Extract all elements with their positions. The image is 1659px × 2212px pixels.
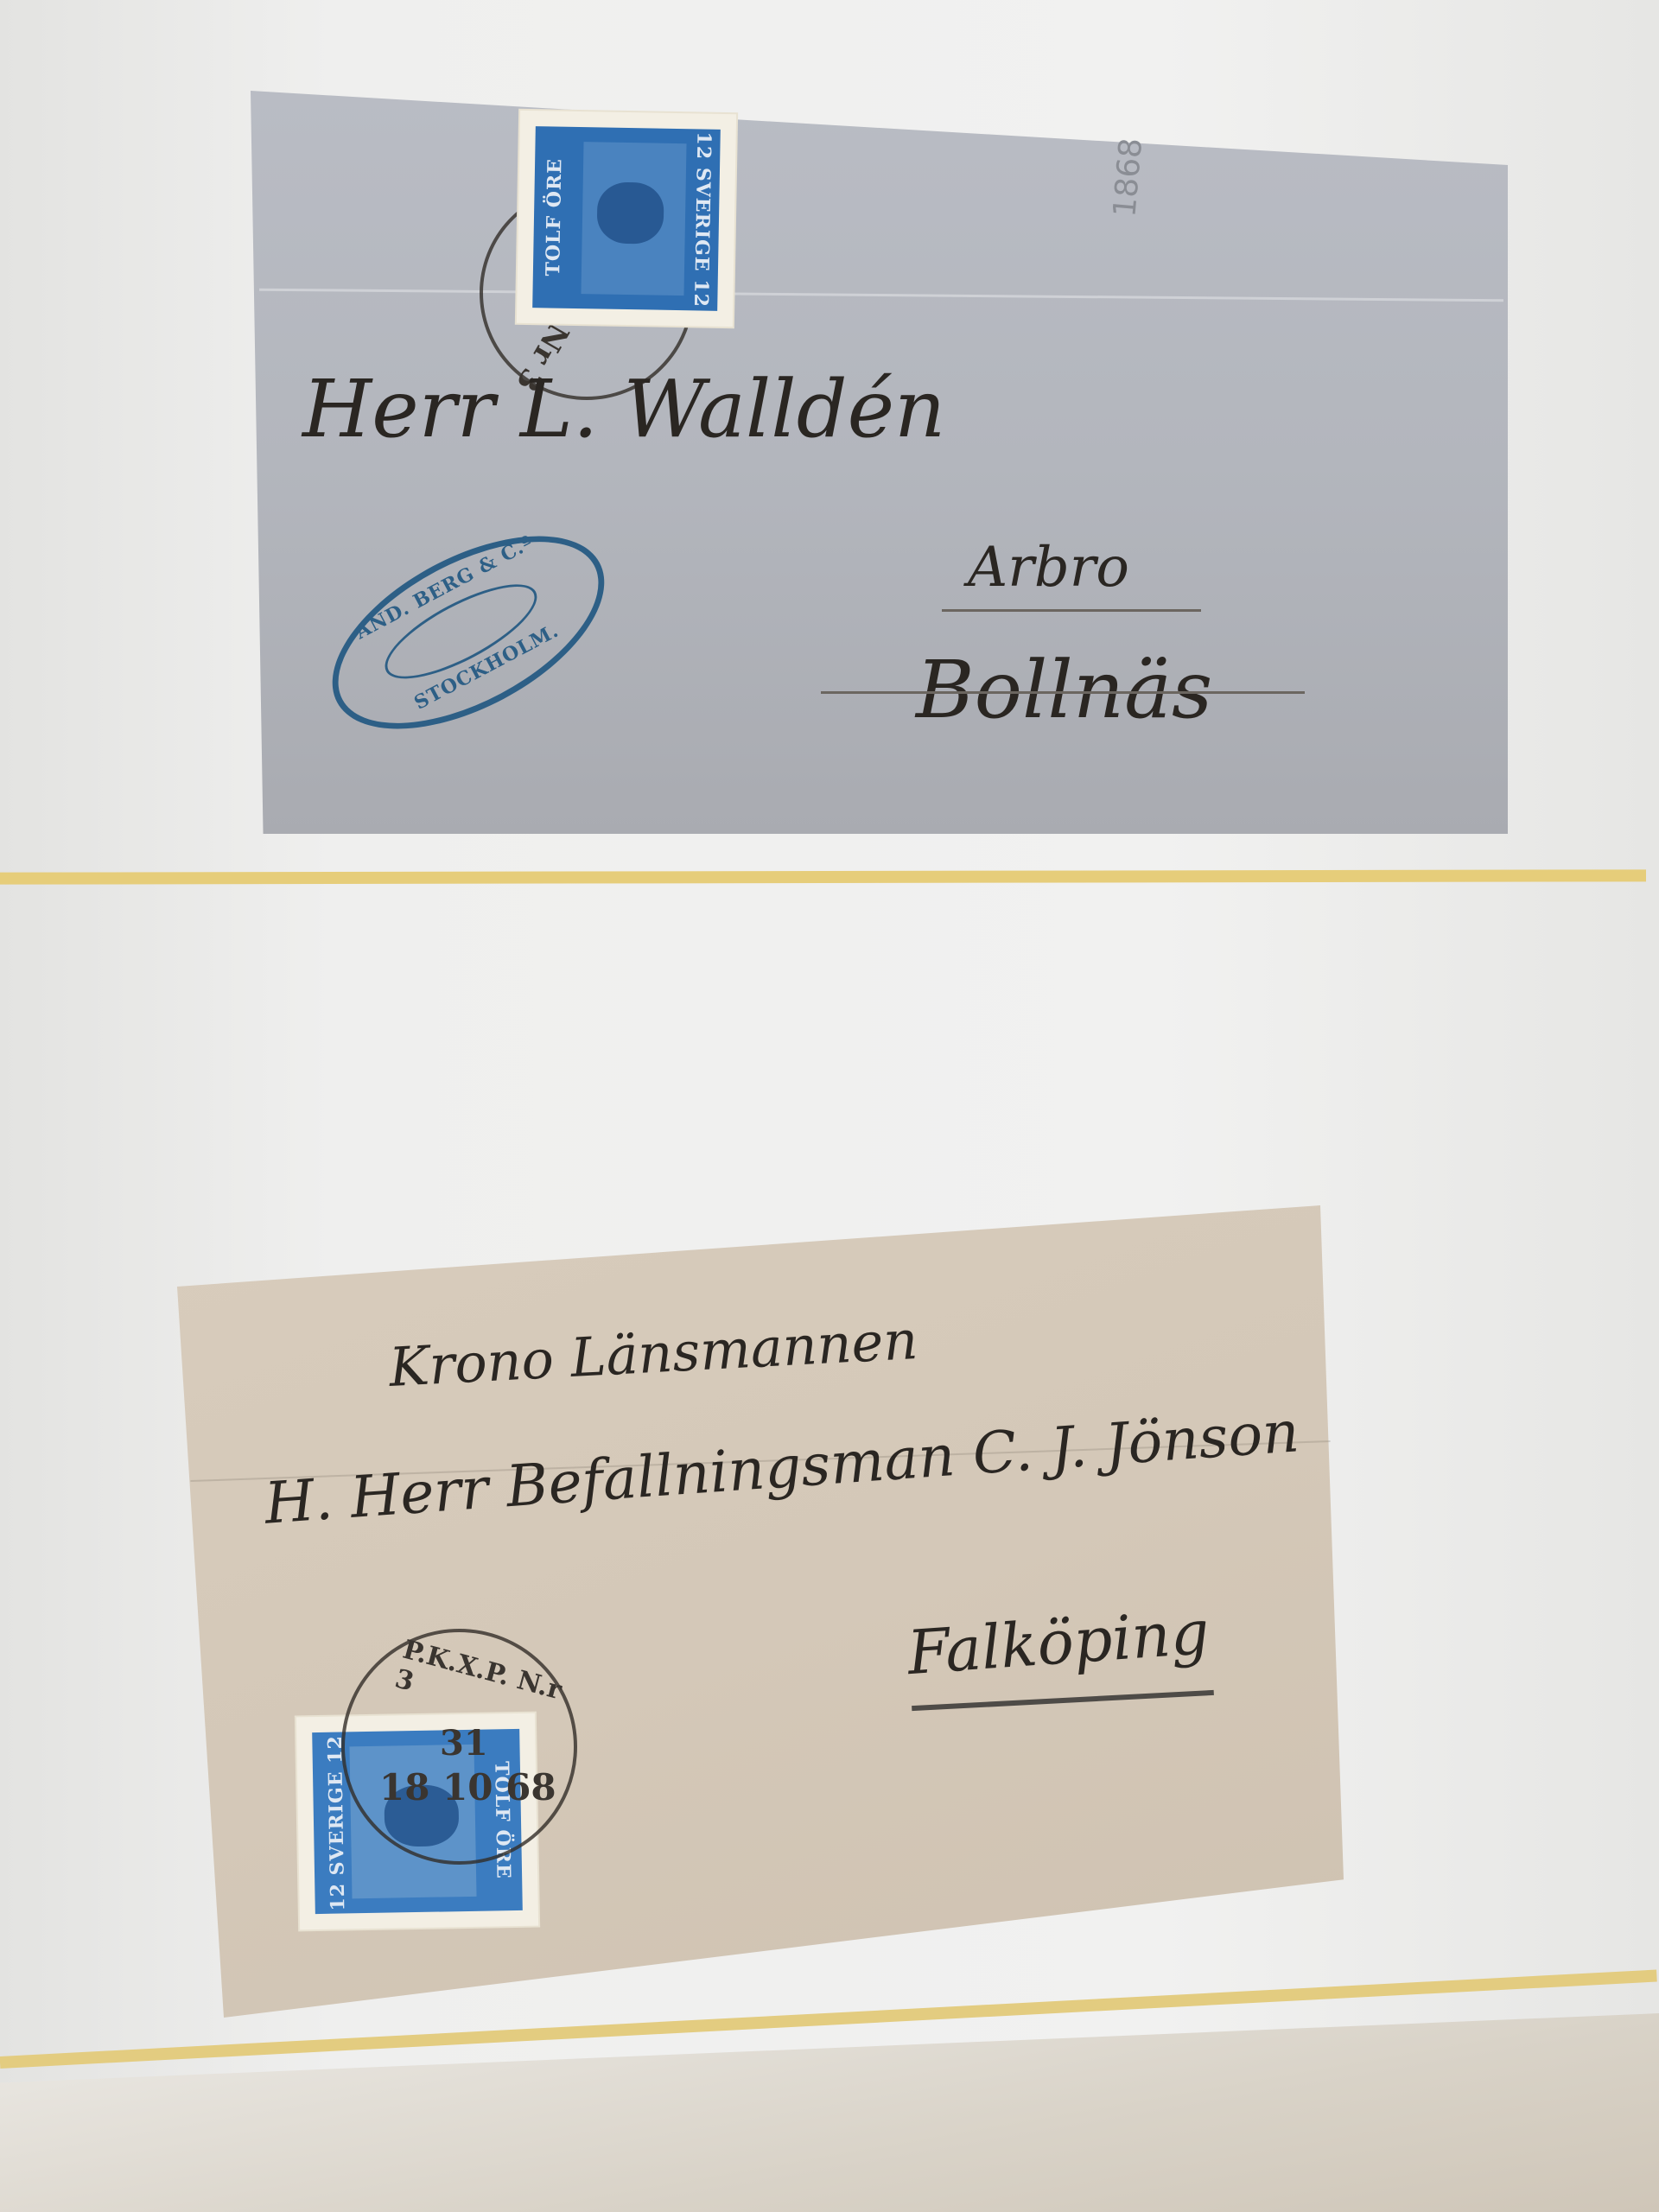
stamp-left-label: TOLF ÖRE [536,126,572,308]
postmark-date: 18 10 68 [379,1766,556,1808]
lion-emblem-icon [596,181,664,245]
cover-2-postmark: P.K.X.P. N.r 3 31 18 10 68 [341,1629,577,1865]
postmark-day: 31 [440,1723,488,1764]
cover-1-address-line-2: Arbro [968,536,1129,600]
cover-1-postage-stamp: TOLF ÖRE 12 SVERIGE 12 [517,111,736,327]
stamp-right-label: 12 SVERIGE 12 [684,129,721,311]
underline [821,691,1305,694]
pencil-year-note: 1868 [1107,137,1149,219]
cover-1-address-line-1: Herr L. Walldén [302,363,945,455]
underline [942,609,1201,612]
cover-1-address-line-3: Bollnäs [916,644,1212,736]
